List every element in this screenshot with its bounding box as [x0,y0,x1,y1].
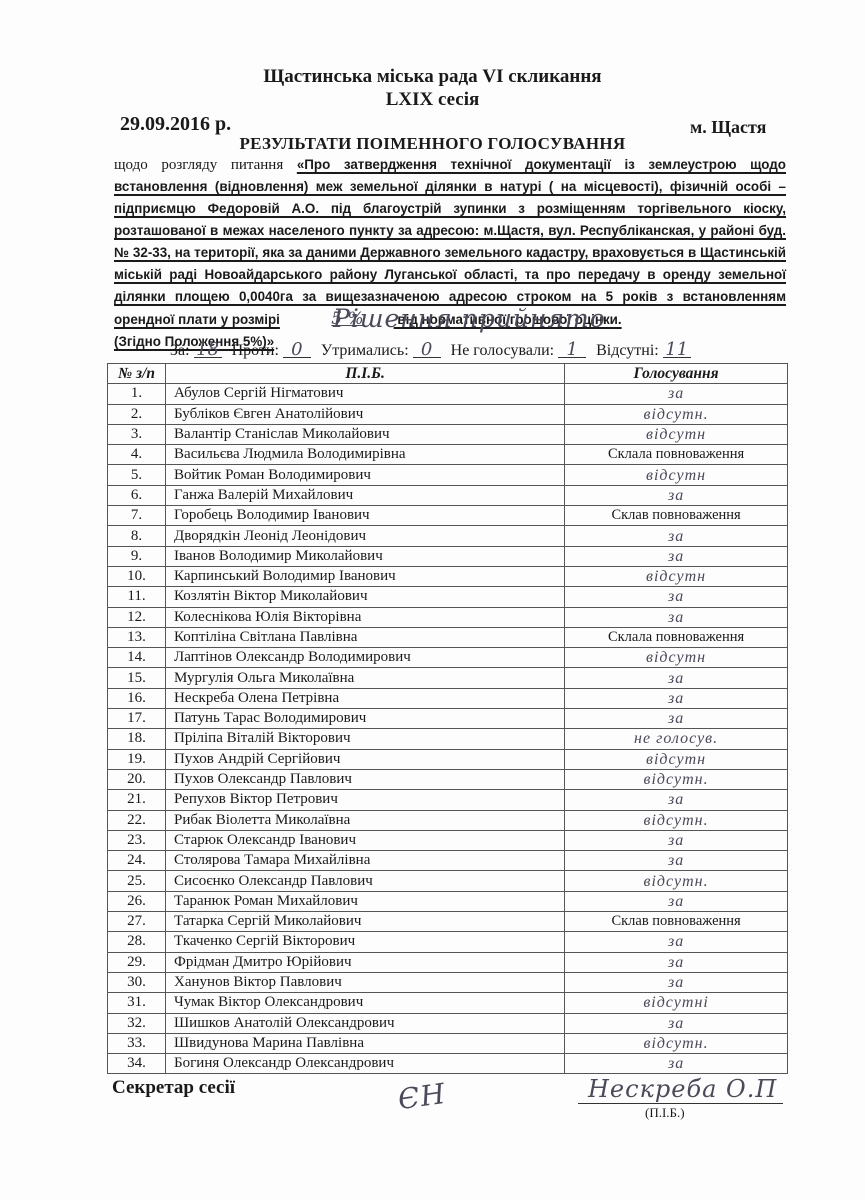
member-name: Іванов Володимир Миколайович [166,546,565,566]
table-row: 12.Колеснікова Юлія Вікторівназа [108,607,788,627]
table-header-row: № з/п П.І.Б. Голосування [108,364,788,384]
member-vote: Склав повноваження [565,506,788,526]
table-row: 27.Татарка Сергій МиколайовичСклав повно… [108,912,788,932]
row-number: 30. [108,972,166,992]
table-row: 1.Абулов Сергій Нігматовичза [108,384,788,404]
tally-abstained-label: Утримались: [321,342,409,359]
member-name: Шишков Анатолій Олександрович [166,1013,565,1033]
member-vote: за [565,668,788,688]
member-vote: відсутн [565,566,788,586]
row-number: 31. [108,993,166,1013]
table-row: 6.Ганжа Валерій Михайловичза [108,485,788,505]
member-vote: за [565,709,788,729]
secretary-name-caption: (П.І.Б.) [645,1105,685,1121]
member-vote: відсутні [565,993,788,1013]
member-vote: не голосув. [565,729,788,749]
voting-table: № з/п П.І.Б. Голосування 1.Абулов Сергій… [107,363,788,1074]
member-vote: відсутн. [565,810,788,830]
row-number: 33. [108,1033,166,1053]
row-number: 9. [108,546,166,566]
member-name: Столярова Тамара Михайлівна [166,851,565,871]
table-row: 32.Шишков Анатолій Олександровичза [108,1013,788,1033]
member-vote: за [565,1013,788,1033]
table-row: 26.Таранюк Роман Михайловичза [108,891,788,911]
row-number: 12. [108,607,166,627]
member-vote: за [565,688,788,708]
row-number: 26. [108,891,166,911]
member-name: Нескреба Олена Петрівна [166,688,565,708]
secretary-name-handwritten: Нескреба О.П [578,1075,783,1104]
member-name: Васильєва Людмила Володимирівна [166,445,565,465]
member-name: Козлятін Віктор Миколайович [166,587,565,607]
row-number: 24. [108,851,166,871]
member-vote: за [565,891,788,911]
table-row: 2.Бубліков Євген Анатолійовичвідсутн. [108,404,788,424]
secretary-signature: ЄН [396,1077,448,1116]
member-name: Войтик Роман Володимирович [166,465,565,485]
member-name: Репухов Віктор Петрович [166,790,565,810]
member-name: Таранюк Роман Михайлович [166,891,565,911]
member-name: Дворядкін Леонід Леонідович [166,526,565,546]
member-name: Старюк Олександр Іванович [166,830,565,850]
table-row: 28.Ткаченко Сергій Вікторовичза [108,932,788,952]
member-name: Чумак Віктор Олександрович [166,993,565,1013]
member-name: Абулов Сергій Нігматович [166,384,565,404]
member-name: Коптіліна Світлана Павлівна [166,627,565,647]
row-number: 20. [108,769,166,789]
table-row: 22.Рибак Віолетта Миколаївнавідсутн. [108,810,788,830]
member-name: Мургулія Ольга Миколаївна [166,668,565,688]
secretary-label: Секретар сесії [112,1077,235,1099]
member-vote: за [565,546,788,566]
row-number: 32. [108,1013,166,1033]
row-number: 18. [108,729,166,749]
tally-absent-label: Відсутні: [596,342,659,359]
row-number: 34. [108,1054,166,1074]
handwritten-decision-note: Рішення прийнято [333,304,606,333]
row-number: 1. [108,384,166,404]
member-name: Ганжа Валерій Михайлович [166,485,565,505]
member-vote: за [565,851,788,871]
tally-absent-value: 11 [663,342,691,358]
table-row: 29.Фрідман Дмитро Юрійовичза [108,952,788,972]
table-row: 18.Пріліпа Віталій Вікторовичне голосув. [108,729,788,749]
member-vote: відсутн [565,424,788,444]
table-row: 14.Лаптінов Олександр Володимировичвідсу… [108,648,788,668]
row-number: 2. [108,404,166,424]
tally-against-label: Проти: [232,342,279,359]
table-row: 25.Сисоєнко Олександр Павловичвідсутн. [108,871,788,891]
table-row: 24.Столярова Тамара Михайлівназа [108,851,788,871]
voting-table-body: 1.Абулов Сергій Нігматовичза2.Бубліков Є… [108,384,788,1074]
tally-not-voted-value: 1 [558,342,586,358]
question-lead: щодо розгляду питання [114,157,297,173]
tally-not-voted-label: Не голосували: [451,342,554,359]
member-vote: Склала повноваження [565,627,788,647]
table-row: 16.Нескреба Олена Петрівназа [108,688,788,708]
row-number: 23. [108,830,166,850]
session-title: LXIX сесія [0,89,865,111]
row-number: 27. [108,912,166,932]
tally-abstained-value: 0 [413,342,441,358]
member-vote: відсутн. [565,871,788,891]
row-number: 4. [108,445,166,465]
member-name: Пріліпа Віталій Вікторович [166,729,565,749]
member-name: Патунь Тарас Володимирович [166,709,565,729]
table-row: 5.Войтик Роман Володимировичвідсутн [108,465,788,485]
member-name: Колеснікова Юлія Вікторівна [166,607,565,627]
member-vote: за [565,790,788,810]
table-row: 8.Дворядкін Леонід Леонідовичза [108,526,788,546]
row-number: 17. [108,709,166,729]
member-name: Валантір Станіслав Миколайович [166,424,565,444]
member-vote: за [565,1054,788,1074]
table-row: 30.Ханунов Віктор Павловичза [108,972,788,992]
tally-for-value: 18 [194,342,222,358]
row-number: 7. [108,506,166,526]
row-number: 10. [108,566,166,586]
member-vote: Склав повноваження [565,912,788,932]
row-number: 29. [108,952,166,972]
member-vote: відсутн [565,465,788,485]
row-number: 5. [108,465,166,485]
table-row: 10.Карпинський Володимир Івановичвідсутн [108,566,788,586]
member-name: Лаптінов Олександр Володимирович [166,648,565,668]
member-vote: відсутн [565,749,788,769]
results-title: РЕЗУЛЬТАТИ ПОІМЕННОГО ГОЛОСУВАННЯ [0,134,865,154]
member-name: Ханунов Віктор Павлович [166,972,565,992]
member-vote: за [565,485,788,505]
member-vote: відсутн [565,648,788,668]
member-name: Богиня Олександр Олександрович [166,1054,565,1074]
member-vote: за [565,830,788,850]
row-number: 15. [108,668,166,688]
row-number: 16. [108,688,166,708]
table-row: 21.Репухов Віктор Петровичза [108,790,788,810]
member-name: Сисоєнко Олександр Павлович [166,871,565,891]
header-number: № з/п [108,364,166,384]
member-vote: за [565,952,788,972]
row-number: 3. [108,424,166,444]
table-row: 7.Горобець Володимир ІвановичСклав повно… [108,506,788,526]
table-row: 11.Козлятін Віктор Миколайовичза [108,587,788,607]
member-vote: за [565,972,788,992]
document-page: Щастинська міська рада VI скликання LXIX… [0,0,865,1200]
document-date: 29.09.2016 р. [120,113,231,136]
row-number: 6. [108,485,166,505]
row-number: 14. [108,648,166,668]
member-vote: за [565,384,788,404]
member-name: Рибак Віолетта Миколаївна [166,810,565,830]
tally-against-value: 0 [283,342,311,358]
vote-tally: За: 18 Проти: 0 Утримались: 0 Не голосув… [170,342,697,360]
table-row: 15.Мургулія Ольга Миколаївназа [108,668,788,688]
member-name: Татарка Сергій Миколайович [166,912,565,932]
member-vote: за [565,607,788,627]
header-name: П.І.Б. [166,364,565,384]
row-number: 19. [108,749,166,769]
member-vote: відсутн. [565,769,788,789]
tally-for-label: За: [170,342,190,359]
member-name: Карпинський Володимир Іванович [166,566,565,586]
row-number: 8. [108,526,166,546]
member-name: Горобець Володимир Іванович [166,506,565,526]
row-number: 28. [108,932,166,952]
council-title: Щастинська міська рада VI скликання [0,66,865,88]
table-row: 31.Чумак Віктор Олександровичвідсутні [108,993,788,1013]
member-vote: відсутн. [565,1033,788,1053]
table-row: 19.Пухов Андрій Сергійовичвідсутн [108,749,788,769]
row-number: 11. [108,587,166,607]
table-row: 20.Пухов Олександр Павловичвідсутн. [108,769,788,789]
row-number: 21. [108,790,166,810]
row-number: 13. [108,627,166,647]
member-name: Фрідман Дмитро Юрійович [166,952,565,972]
member-vote: Склала повноваження [565,445,788,465]
member-vote: за [565,526,788,546]
table-row: 13.Коптіліна Світлана ПавлівнаСклала пов… [108,627,788,647]
table-row: 9.Іванов Володимир Миколайовичза [108,546,788,566]
member-name: Швидунова Марина Павлівна [166,1033,565,1053]
table-row: 34.Богиня Олександр Олександровичза [108,1054,788,1074]
table-row: 17.Патунь Тарас Володимировичза [108,709,788,729]
question-topic: «Про затвердження технічної документації… [114,157,786,327]
table-row: 3.Валантір Станіслав Миколайовичвідсутн [108,424,788,444]
member-name: Пухов Андрій Сергійович [166,749,565,769]
member-name: Бубліков Євген Анатолійович [166,404,565,424]
table-row: 23.Старюк Олександр Івановичза [108,830,788,850]
row-number: 22. [108,810,166,830]
member-vote: відсутн. [565,404,788,424]
member-vote: за [565,587,788,607]
member-name: Ткаченко Сергій Вікторович [166,932,565,952]
header-vote: Голосування [565,364,788,384]
table-row: 33.Швидунова Марина Павлівнавідсутн. [108,1033,788,1053]
row-number: 25. [108,871,166,891]
table-row: 4.Васильєва Людмила ВолодимирівнаСклала … [108,445,788,465]
member-vote: за [565,932,788,952]
member-name: Пухов Олександр Павлович [166,769,565,789]
